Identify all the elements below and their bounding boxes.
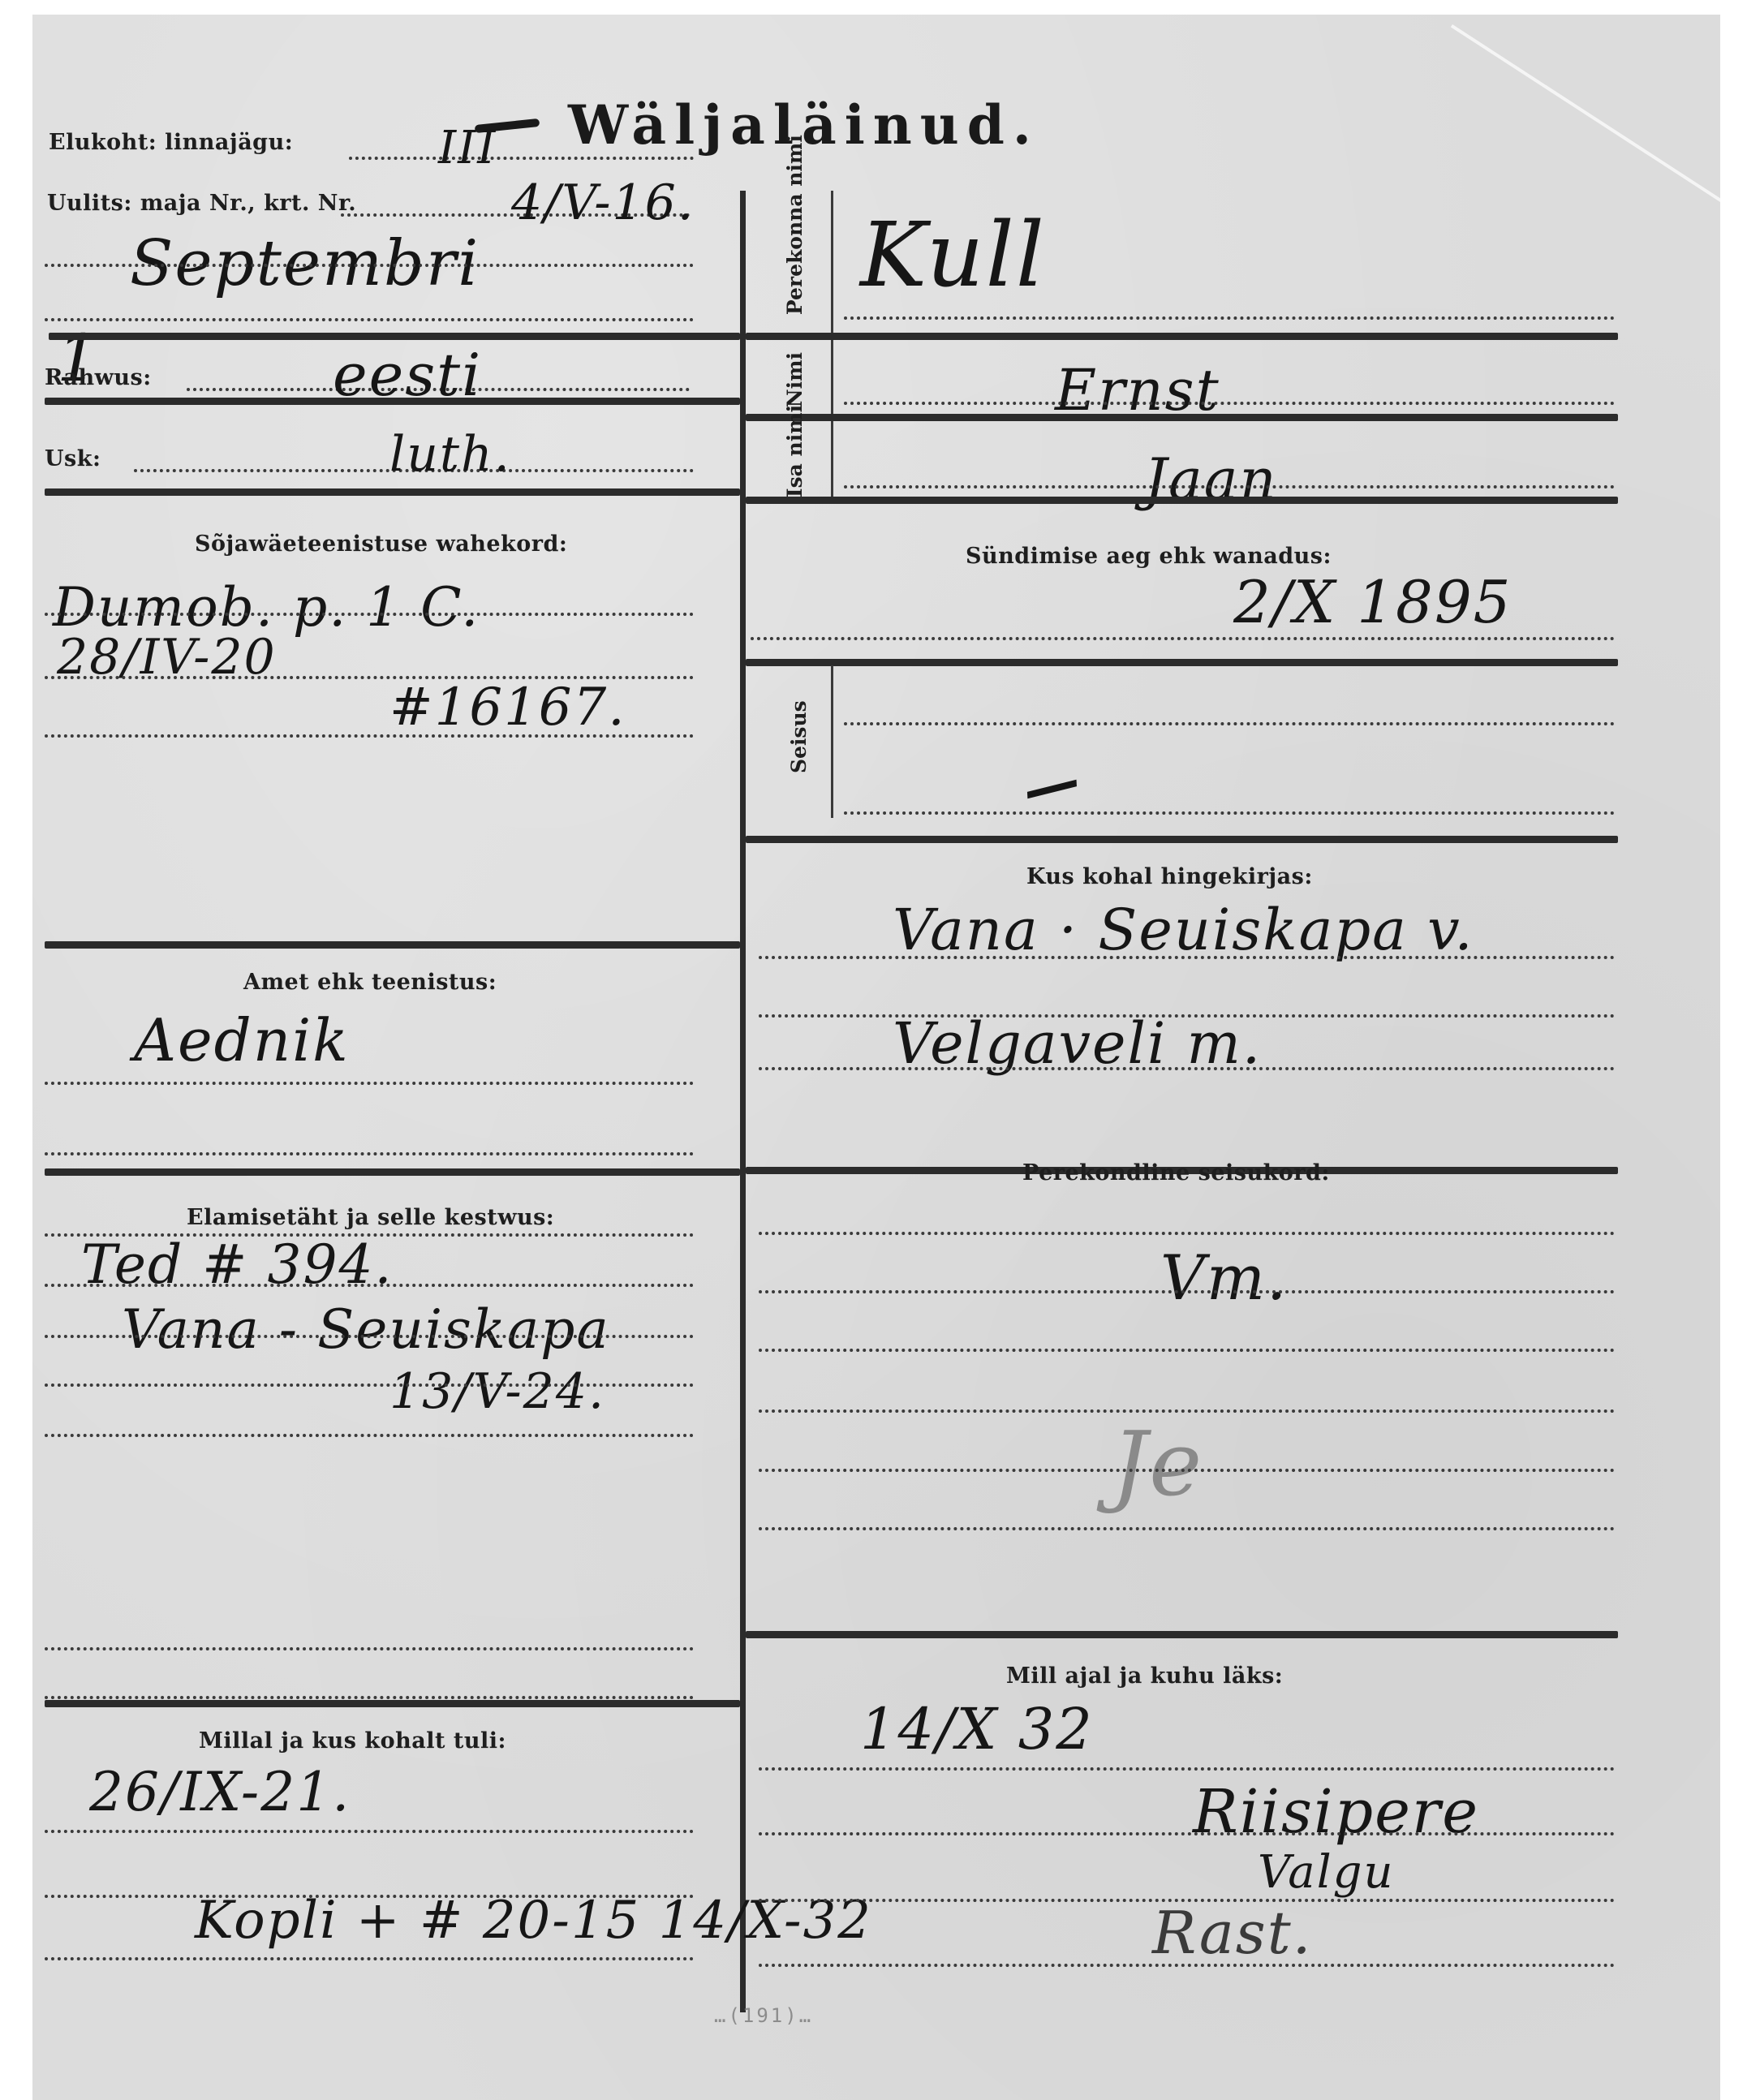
- field-line: [45, 1957, 694, 1960]
- field-line: [759, 1767, 1615, 1771]
- field-line: [844, 811, 1615, 815]
- value-city-part[interactable]: III: [438, 122, 497, 174]
- section-rule: [45, 1168, 740, 1176]
- value-religion[interactable]: luth.: [389, 426, 511, 483]
- label-surname: Perekonna nimi: [785, 185, 806, 315]
- value-birth[interactable]: 2/X 1895: [1233, 568, 1512, 636]
- label-column-divider: [831, 191, 833, 503]
- section-rule: [746, 333, 1618, 340]
- label-military-status: Sõjawäeteenistuse wahekord:: [195, 531, 567, 557]
- label-birth: Sündimise aeg ehk wanadus:: [966, 544, 1332, 569]
- field-line: [759, 1469, 1615, 1472]
- value-date-mark[interactable]: 4/V-16.: [511, 174, 695, 231]
- value-surname[interactable]: Kull: [860, 203, 1046, 307]
- section-rule: [45, 941, 740, 949]
- label-residence-permit: Elamisetäht ja selle kestwus:: [187, 1205, 554, 1230]
- value-departure-date[interactable]: 14/X 32: [860, 1696, 1094, 1762]
- field-line: [844, 402, 1615, 405]
- label-religion: Usk:: [45, 446, 101, 471]
- field-line: [759, 1832, 1615, 1835]
- label-father-name: Isa nimi: [785, 424, 806, 497]
- field-line: [759, 956, 1615, 959]
- field-line: [45, 1895, 694, 1898]
- value-occupation[interactable]: Aednik: [134, 1006, 350, 1074]
- field-line: [759, 1290, 1615, 1293]
- label-column-divider: [831, 665, 833, 818]
- field-line: [759, 1409, 1615, 1413]
- label-occupation: Amet ehk teenistus:: [243, 970, 497, 995]
- center-divider: [740, 191, 746, 2012]
- field-line: [844, 722, 1615, 725]
- field-line: [844, 485, 1615, 488]
- field-line: [45, 1384, 694, 1387]
- label-status: Seisus: [789, 688, 810, 785]
- value-military-line3[interactable]: #16167.: [389, 678, 626, 738]
- value-departure-note[interactable]: Rast.: [1152, 1899, 1313, 1967]
- field-line: [759, 1349, 1615, 1352]
- section-rule: [45, 488, 740, 496]
- value-permit-line3[interactable]: 13/V-24.: [389, 1363, 605, 1420]
- section-rule: [746, 414, 1618, 421]
- field-line: [45, 1082, 694, 1085]
- section-rule: [746, 1631, 1618, 1638]
- field-line: [45, 613, 694, 616]
- field-line: [759, 1232, 1615, 1235]
- field-line: [759, 1964, 1615, 1967]
- label-street: Uulits: maja Nr., krt. Nr.: [47, 191, 356, 216]
- field-line: [759, 1067, 1615, 1070]
- value-family-status[interactable]: Vm.: [1160, 1241, 1288, 1314]
- value-registered-line1[interactable]: Vana · Seuiskapa v.: [893, 897, 1474, 963]
- label-registered-at: Kus kohal hingekirjas:: [1026, 864, 1313, 889]
- field-line: [751, 637, 1615, 640]
- field-line: [45, 1434, 694, 1437]
- field-line: [45, 1647, 694, 1650]
- field-line: [45, 734, 694, 738]
- value-departure-place2[interactable]: Valgu: [1258, 1846, 1395, 1899]
- value-arrival-date[interactable]: 26/IX-21.: [89, 1761, 351, 1823]
- value-pencil-mark: Je: [1112, 1412, 1203, 1516]
- field-line: [45, 1335, 694, 1338]
- field-line: [45, 264, 694, 267]
- field-line: [844, 316, 1615, 320]
- section-rule: [45, 398, 740, 405]
- section-rule: [45, 1700, 740, 1707]
- value-departure-place[interactable]: Riisipere: [1193, 1777, 1479, 1847]
- printer-stamp: …(191)…: [714, 2004, 813, 2027]
- field-line: [759, 1527, 1615, 1530]
- label-nationality: Rahwus:: [45, 365, 152, 390]
- section-rule: [746, 836, 1618, 843]
- label-family-status: Perekondline seisukord:: [1022, 1160, 1330, 1186]
- field-line: [349, 157, 694, 160]
- field-line: [45, 318, 694, 321]
- field-line: [45, 1696, 694, 1699]
- section-rule: [49, 333, 740, 340]
- section-rule: [746, 659, 1618, 666]
- field-line: [759, 1014, 1615, 1018]
- field-line: [45, 1830, 694, 1833]
- field-line: [45, 1152, 694, 1155]
- label-departure: Mill ajal ja kuhu läks:: [1006, 1663, 1283, 1689]
- section-rule: [746, 497, 1618, 504]
- label-arrival: Millal ja kus kohalt tuli:: [199, 1728, 506, 1754]
- value-permit-line2[interactable]: Vana - Seuiskapa: [122, 1298, 610, 1361]
- label-city-part: Elukoht: linnajägu:: [49, 130, 293, 155]
- field-line: [45, 1284, 694, 1287]
- field-line: [45, 1233, 694, 1237]
